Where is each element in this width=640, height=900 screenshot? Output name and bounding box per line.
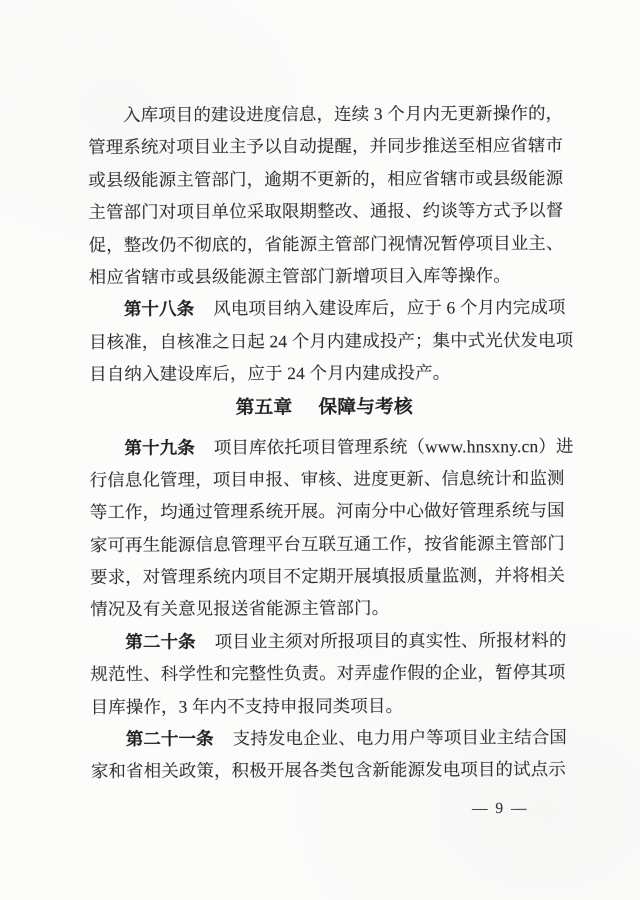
article-number-19: 第十九条 [124,437,194,457]
chapter-number: 第五章 [236,396,293,417]
text-line: 第十八条风电项目纳入建设库后，应于 6 个月内完成项 [89,291,559,325]
text-line: 规范性、科学性和完整性负责。对弄虚作假的企业，暂停其项 [90,656,560,690]
text-line: 目库操作，3 年内不支持申报同类项目。 [91,689,561,723]
text-line: 家和省相关政策，积极开展各类包含新能源发电项目的试点示 [91,753,561,787]
text-line-rest: 项目库依托项目管理系统（www.hnsxny.cn）进 [214,435,574,457]
text-line-rest: 项目业主须对所报项目的真实性、所报材料的 [215,630,567,652]
chapter-title: 保障与考核 [318,395,413,416]
article-number-21: 第二十一条 [126,729,214,749]
text-line: 行信息化管理，项目申报、审核、进度更新、信息统计和监测 [90,462,560,496]
text-line: 主管部门对项目单位采取限期整改、通报、约谈等方式予以督 [88,194,558,228]
document-page: 入库项目的建设进度信息，连续 3 个月内无更新操作的， 管理系统对项目业主予以自… [0,0,640,900]
text-line: 第十九条项目库依托项目管理系统（www.hnsxny.cn）进 [89,429,559,463]
text-line: 要求，对管理系统内项目不定期开展填报质量监测，并将相关 [90,559,560,593]
text-line: 目核准，自核准之日起 24 个月内建成投产；集中式光伏发电项 [89,324,559,358]
text-line: 相应省辖市或县级能源主管部门新增项目入库等操作。 [89,259,559,293]
document-text-block: 入库项目的建设进度信息，连续 3 个月内无更新操作的， 管理系统对项目业主予以自… [88,97,561,788]
chapter-heading: 第五章保障与考核 [89,388,559,423]
article-number-20: 第二十条 [125,631,195,651]
page-number: — 9 — [471,796,528,822]
text-line: 促，整改仍不彻底的，省能源主管部门视情况暂停项目业主、 [89,227,559,261]
text-line-rest: 风电项目纳入建设库后，应于 6 个月内完成项 [213,297,565,319]
text-line: 入库项目的建设进度信息，连续 3 个月内无更新操作的， [88,97,558,131]
text-line: 第二十一条支持发电企业、电力用户等项目业主结合国 [91,721,561,755]
text-line: 目自纳入建设库后，应于 24 个月内建成投产。 [89,356,559,390]
text-line: 情况及有关意见报送省能源主管部门。 [90,591,560,625]
text-line: 管理系统对项目业主予以自动提醒，并同步推送至相应省辖市 [88,129,558,163]
article-number-18: 第十八条 [124,299,194,319]
text-line: 第二十条项目业主须对所报项目的真实性、所报材料的 [90,624,560,658]
text-line: 家可再生能源信息管理平台互联互通工作，按省能源主管部门 [90,527,560,561]
text-line: 或县级能源主管部门，逾期不更新的，相应省辖市或县级能源 [88,162,558,196]
text-line: 等工作，均通过管理系统开展。河南分中心做好管理系统与国 [90,494,560,528]
text-line-rest: 支持发电企业、电力用户等项目业主结合国 [233,727,567,748]
